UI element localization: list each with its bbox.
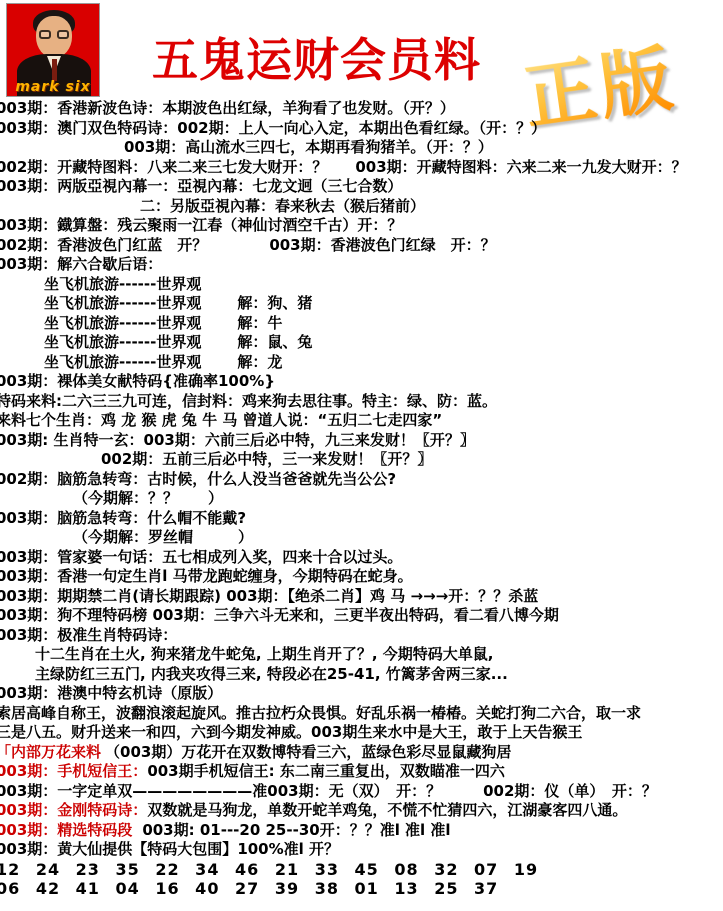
text-segment: 003期：开藏特图料：六来二来一九发大财开：？	[355, 158, 686, 176]
text-segment: （003期）万花开在双数博特看三六，蓝绿色彩尽显鼠藏狗居	[105, 743, 511, 761]
text-segment: 002期：开藏特图料：八来二来三七发大财开：？	[0, 158, 327, 176]
text-line: 003期：管家婆一句话：五七相成列入奖，四来十合以过头。	[0, 548, 723, 568]
text-line: 十二生肖在土火, 狗来猪龙牛蛇兔, 上期生肖开了？, 今期特码大单鼠,	[0, 645, 723, 665]
text-segment: 双数就是马狗龙，单数开蛇羊鸡兔，不慌不忙猜四六，江湖豪客四八通。	[147, 801, 627, 819]
text-segment: 002期：脑筋急转弯：古时候，什么人没当爸爸就先当公公?	[0, 470, 396, 488]
text-line: 003期：高山流水三四七，本期再看狗猪羊。（开：？）	[0, 138, 723, 158]
text-segment: 003期：期期禁二肖(请长期跟踪) 003期：【绝杀二肖】鸡 马 →→→开：？？…	[0, 587, 538, 605]
text-line: 索居高峰自称王，波翻浪滚起旋风。推古拉朽众畏惧。好乱乐祸一椿椿。关蛇打狗二六合，…	[0, 704, 723, 724]
text-segment: 十二生肖在土火, 狗来猪龙牛蛇兔, 上期生肖开了？, 今期特码大单鼠,	[35, 645, 493, 663]
text-segment: 003期：脑筋急转弯：什么帽不能戴?	[0, 509, 246, 527]
text-line: 002期：开藏特图料：八来二来三七发大财开：？003期：开藏特图料：六来二来一九…	[0, 158, 723, 178]
text-segment: 坐飞机旅游------世界观	[44, 333, 201, 351]
page-title: 五鬼运财会员料	[152, 24, 492, 90]
text-segment: 003期：极准生肖特码诗：	[0, 626, 177, 644]
text-segment: 特码来料:二六三三九可连，信封料：鸡来狗去思往事。特主：绿、防：蓝。	[0, 392, 497, 410]
text-segment: 003期：一字定单双————————准003期：无（双） 开：？	[0, 782, 441, 800]
text-line: 003期：精选特码段003期: 01---20 25--30开：？？准l 准l …	[0, 821, 723, 841]
text-line: 坐飞机旅游------世界观解：鼠、兔	[0, 333, 723, 353]
text-segment-red: 「内部万花来料	[0, 743, 101, 761]
number-row: 12 24 23 35 22 34 46 21 33 45 08 32 07 1…	[0, 860, 723, 880]
text-line: 003期：两版亞視內幕一：亞視內幕：七龙文迥（三七合数）	[0, 177, 723, 197]
text-segment: 002期：香港波色门红蓝 开？	[0, 236, 207, 254]
text-line: 坐飞机旅游------世界观解：狗、猪	[0, 294, 723, 314]
text-line: 003期：鐡算盤：残云聚雨一江春（神仙讨酒空千古）开：？	[0, 216, 723, 236]
text-segment: 003期：澳门双色特码诗：002期：上人一向心入定，本期出色看红绿。（开：？）	[0, 119, 546, 137]
text-line: 003期：香港新波色诗：本期波色出红绿，羊狗看了也发财。（开？）	[0, 99, 723, 119]
text-line: 三是八五。财升送来一和四，六到今期发神威。003期生来水中是大王，敢于上天告猴王	[0, 723, 723, 743]
text-segment: 003期：狗不理特码榜 003期：三争六斗无来和，三更半夜出特码，看二看八博今期	[0, 606, 559, 624]
text-segment: 003期: 01---20 25--30开：？？准l 准l 准l	[142, 821, 450, 839]
text-line: 003期: 生肖特一玄：003期：六前三后必中特，九三来发财！〖开？〗	[0, 431, 723, 451]
text-line: 「内部万花来料（003期）万花开在双数博特看三六，蓝绿色彩尽显鼠藏狗居	[0, 743, 723, 763]
text-line: （今期解：罗丝帽 ）	[0, 528, 723, 548]
text-segment-red: 003期：金刚特码诗：	[0, 801, 147, 819]
text-segment: 索居高峰自称王，波翻浪滚起旋风。推古拉朽众畏惧。好乱乐祸一椿椿。关蛇打狗二六合，…	[0, 704, 641, 722]
portrait-tie	[52, 59, 57, 81]
text-segment: 003期：裸体美女献特码{准确率100%}	[0, 372, 275, 390]
text-segment: 002期：五前三后必中特，三一来发财！〖开？〗	[101, 450, 432, 468]
text-segment: 坐飞机旅游------世界观	[44, 275, 201, 293]
text-line: 特码来料:二六三三九可连，信封料：鸡来狗去思往事。特主：绿、防：蓝。	[0, 392, 723, 412]
text-segment: 003期：香港新波色诗：本期波色出红绿，羊狗看了也发财。（开？）	[0, 99, 455, 117]
text-segment: 002期：仪（单） 开：？	[483, 782, 657, 800]
text-line: 坐飞机旅游------世界观解：龙	[0, 353, 723, 373]
text-line: 003期：脑筋急转弯：什么帽不能戴?	[0, 509, 723, 529]
text-line: 003期：一字定单双————————准003期：无（双） 开：？002期：仪（单…	[0, 782, 723, 802]
text-segment: 003期手机短信王: 东二南三重复出，双数瞄准一四六	[147, 762, 505, 780]
text-segment: 003期：解六合歇后语：	[0, 255, 162, 273]
text-segment: 三是八五。财升送来一和四，六到今期发神威。003期生来水中是大王，敢于上天告猴王	[0, 723, 582, 741]
text-segment: 解：狗、猪	[237, 294, 312, 312]
text-segment-red: 003期：手机短信王：	[0, 762, 147, 780]
text-segment: 解：牛	[237, 314, 282, 332]
text-line: 003期：极准生肖特码诗：	[0, 626, 723, 646]
text-segment: 坐飞机旅游------世界观	[44, 294, 201, 312]
text-segment: 坐飞机旅游------世界观	[44, 314, 201, 332]
text-line: 002期：脑筋急转弯：古时候，什么人没当爸爸就先当公公?	[0, 470, 723, 490]
text-line: 二：另版亞視內幕：春来秋去（猴后猪前）	[0, 197, 723, 217]
text-segment: 坐飞机旅游------世界观	[44, 353, 201, 371]
text-line: 003期：港澳中特玄机诗（原版）	[0, 684, 723, 704]
text-segment: （今期解：？？ ）	[73, 489, 223, 507]
text-line: 003期：澳门双色特码诗：002期：上人一向心入定，本期出色看红绿。（开：？）	[0, 119, 723, 139]
text-line: 003期：裸体美女献特码{准确率100%}	[0, 372, 723, 392]
text-line: 003期：解六合歇后语：	[0, 255, 723, 275]
text-line: 003期：手机短信王：003期手机短信王: 东二南三重复出，双数瞄准一四六	[0, 762, 723, 782]
text-segment: 来料七个生肖：鸡 龙 猴 虎 兔 牛 马 曾道人说：“五归二七走四家”	[0, 411, 442, 429]
text-segment: 主绿防红三五门, 内我夹攻得三来, 特段必在25-41, 竹篱茅舍两三家...	[35, 665, 508, 683]
number-row: 06 42 41 04 16 40 27 39 38 01 13 25 37	[0, 879, 723, 899]
text-segment: 003期：香港波色门红绿 开：？	[269, 236, 495, 254]
text-segment: 二：另版亞視內幕：春来秋去（猴后猪前）	[140, 197, 425, 215]
text-segment: 003期：黄大仙提供【特码大包围】100%准l 开？	[0, 840, 339, 858]
tip-sheet-page: mark six 五鬼运财会员料 正版 003期：香港新波色诗：本期波色出红绿，…	[0, 0, 723, 911]
glasses-icon	[39, 30, 69, 39]
text-line: （今期解：？？ ）	[0, 489, 723, 509]
text-line: 002期：五前三后必中特，三一来发财！〖开？〗	[0, 450, 723, 470]
text-line: 002期：香港波色门红蓝 开？003期：香港波色门红绿 开：？	[0, 236, 723, 256]
text-line: 来料七个生肖：鸡 龙 猴 虎 兔 牛 马 曾道人说：“五归二七走四家”	[0, 411, 723, 431]
text-segment: 003期: 生肖特一玄：003期：六前三后必中特，九三来发财！〖开？〗	[0, 431, 475, 449]
content-lines: 003期：香港新波色诗：本期波色出红绿，羊狗看了也发财。（开？）003期：澳门双…	[0, 99, 723, 899]
photo-caption: mark six	[7, 79, 99, 95]
text-segment: 003期：香港一句定生肖l 马带龙跑蛇缠身，今期特码在蛇身。	[0, 567, 413, 585]
text-line: 003期：狗不理特码榜 003期：三争六斗无来和，三更半夜出特码，看二看八博今期	[0, 606, 723, 626]
text-line: 003期：期期禁二肖(请长期跟踪) 003期：【绝杀二肖】鸡 马 →→→开：？？…	[0, 587, 723, 607]
text-line: 坐飞机旅游------世界观	[0, 275, 723, 295]
text-segment: 解：鼠、兔	[237, 333, 312, 351]
text-segment: 解：龙	[237, 353, 282, 371]
text-segment: 003期：高山流水三四七，本期再看狗猪羊。（开：？）	[124, 138, 493, 156]
text-segment: （今期解：罗丝帽 ）	[73, 528, 253, 546]
text-line: 主绿防红三五门, 内我夹攻得三来, 特段必在25-41, 竹篱茅舍两三家...	[0, 665, 723, 685]
text-segment: 003期：鐡算盤：残云聚雨一江春（神仙讨酒空千古）开：？	[0, 216, 402, 234]
text-line: 003期：香港一句定生肖l 马带龙跑蛇缠身，今期特码在蛇身。	[0, 567, 723, 587]
text-segment: 003期：港澳中特玄机诗（原版）	[0, 684, 222, 702]
text-segment: 003期：两版亞視內幕一：亞視內幕：七龙文迥（三七合数）	[0, 177, 402, 195]
text-line: 003期：黄大仙提供【特码大包围】100%准l 开？	[0, 840, 723, 860]
text-segment: 003期：管家婆一句话：五七相成列入奖，四来十合以过头。	[0, 548, 402, 566]
text-line: 003期：金刚特码诗：双数就是马狗龙，单数开蛇羊鸡兔，不慌不忙猜四六，江湖豪客四…	[0, 801, 723, 821]
portrait-photo: mark six	[6, 3, 100, 97]
text-segment-red: 003期：精选特码段	[0, 821, 132, 839]
text-line: 坐飞机旅游------世界观解：牛	[0, 314, 723, 334]
